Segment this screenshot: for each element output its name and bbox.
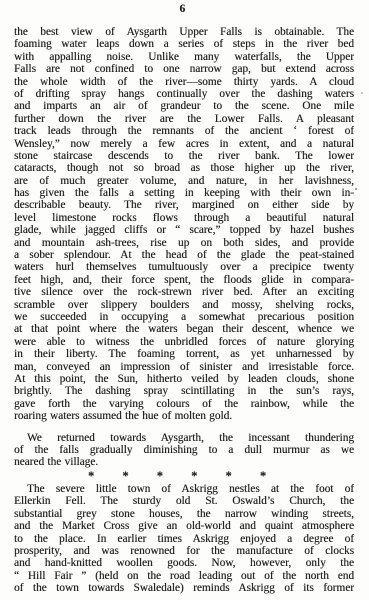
scan-artifact bbox=[361, 92, 363, 94]
text-line: and the Market Cross give an old-world a… bbox=[14, 520, 354, 532]
text-line: Ellerkin Fell. The sturdy old St. Oswald… bbox=[14, 495, 354, 507]
text-line: We returned towards Aysgarth, the incess… bbox=[14, 432, 354, 444]
text-line: track leads through the remnants of the … bbox=[14, 125, 354, 137]
section-separator: * * * * * * bbox=[7, 470, 347, 482]
paragraph: The severe little town of Askrigg nestle… bbox=[14, 483, 354, 595]
text-line: and mountain ash-trees, rise up on both … bbox=[14, 237, 354, 249]
text-line: At this point, the Sun, hitherto veiled … bbox=[14, 373, 354, 385]
text-line: gave forth the varying colours of the ra… bbox=[14, 398, 354, 410]
text-line: neared the village. bbox=[14, 456, 354, 468]
text-line: prosperity, and was renowned for the man… bbox=[14, 545, 354, 557]
text-line: level limestone rocks flows through a be… bbox=[14, 212, 354, 224]
text-line: and hand-knitted woollen goods. Now, how… bbox=[14, 557, 354, 569]
page-text: the best view of Aysgarth Upper Falls is… bbox=[14, 26, 354, 595]
page-number: 6 bbox=[0, 3, 365, 15]
scan-artifact bbox=[355, 188, 357, 190]
book-page: 6 the best view of Aysgarth Upper Falls … bbox=[0, 0, 369, 600]
text-line: at that point where the waters began the… bbox=[14, 323, 354, 335]
text-line: Falls are not confined to one narrow gap… bbox=[14, 63, 354, 75]
text-line: are of much greater volume, and nature, … bbox=[14, 175, 354, 187]
paragraph: the best view of Aysgarth Upper Falls is… bbox=[14, 26, 354, 423]
text-line: glade, while jagged cliffs or “ scare,” … bbox=[14, 224, 354, 236]
text-line: brightly. The dashing spray scintillatin… bbox=[14, 385, 354, 397]
text-line: roaring waters assumed the hue of molten… bbox=[14, 410, 354, 422]
text-line: we succeeded in occupying a somewhat pre… bbox=[14, 311, 354, 323]
text-line: Wensley,” now merely a few acres in exte… bbox=[14, 138, 354, 150]
text-line: were able to witness the unbridled force… bbox=[14, 336, 354, 348]
text-line: foaming water leaps down a series of ste… bbox=[14, 38, 354, 50]
scan-artifact bbox=[347, 357, 349, 359]
text-line: tive silence over the rock-strewn river … bbox=[14, 286, 354, 298]
text-line: The severe little town of Askrigg nestle… bbox=[14, 483, 354, 495]
text-line: stone staircase descends to the river ba… bbox=[14, 150, 354, 162]
text-line: of drifting spray hangs continually over… bbox=[14, 88, 354, 100]
text-line: further down the river are the Lower Fal… bbox=[14, 113, 354, 125]
text-line: man, conveyed an impression of sinister … bbox=[14, 361, 354, 373]
text-line: the best view of Aysgarth Upper Falls is… bbox=[14, 26, 354, 38]
text-line: has given the falls a setting in keeping… bbox=[14, 187, 354, 199]
text-line: waters hurl themselves tumultuously over… bbox=[14, 261, 354, 273]
text-line: of the falls gradually diminishing to a … bbox=[14, 444, 354, 456]
text-line: with appalling noise. Unlike many waterf… bbox=[14, 51, 354, 63]
paragraph: We returned towards Aysgarth, the incess… bbox=[14, 432, 354, 469]
text-line: a sober splendour. At the head of the gl… bbox=[14, 249, 354, 261]
text-line: of the town towards Swaledale) reminds A… bbox=[14, 582, 354, 594]
text-line: and imparts an air of grandeur to the sc… bbox=[14, 100, 354, 112]
text-line: to the place. In earlier times Askrigg e… bbox=[14, 533, 354, 545]
text-line: in their liberty. The foaming torrent, a… bbox=[14, 348, 354, 360]
text-line: cataracts, though not so broad as those … bbox=[14, 162, 354, 174]
text-line: substantial grey stone houses, the narro… bbox=[14, 508, 354, 520]
text-line: feet high, and, their force spent, the f… bbox=[14, 274, 354, 286]
text-line: “ Hill Fair ” (held on the road leading … bbox=[14, 570, 354, 582]
text-line: the whole width of the river—some thirty… bbox=[14, 76, 354, 88]
text-line: scramble over slippery boulders and moss… bbox=[14, 299, 354, 311]
text-line: describable beauty. The river, margined … bbox=[14, 199, 354, 211]
